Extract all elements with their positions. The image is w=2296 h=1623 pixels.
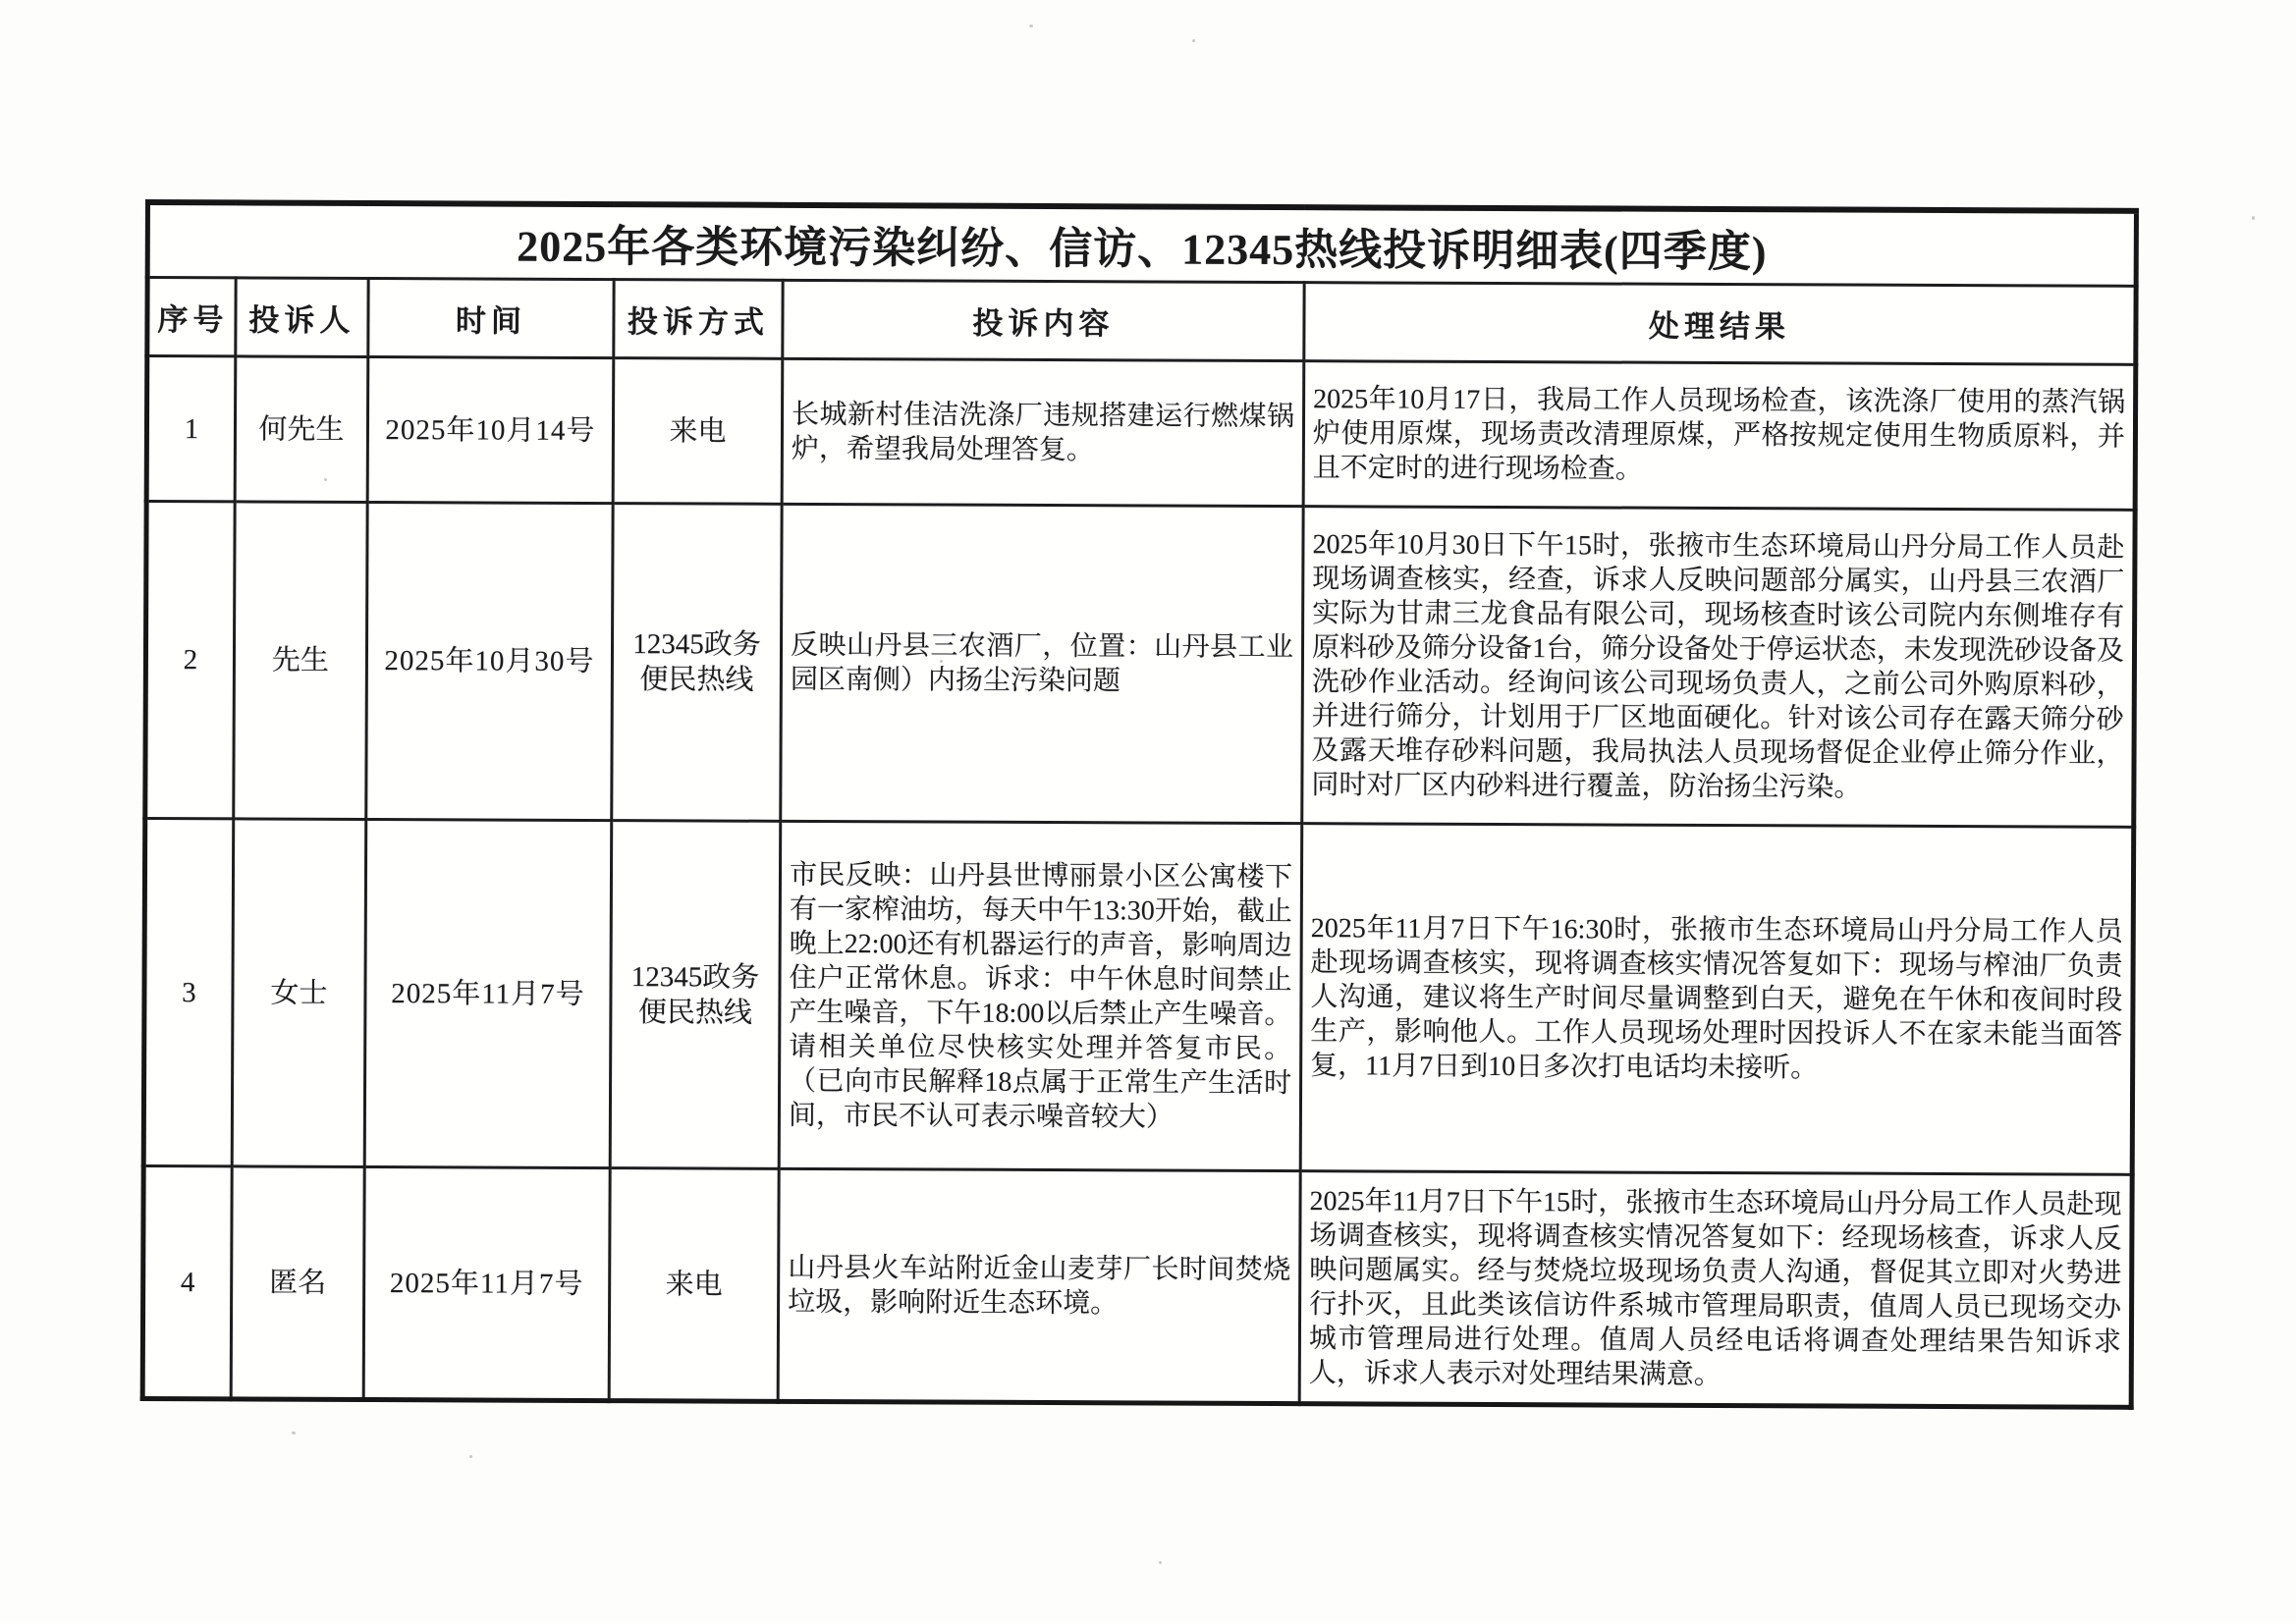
cell-row4-method: 来电 [609, 1168, 779, 1402]
cell-row3-time: 2025年11月7号 [364, 819, 612, 1167]
scan-speck [469, 1455, 472, 1458]
scan-speck [1029, 25, 1033, 27]
scan-speck [1192, 39, 1195, 42]
col-header-no: 序号 [147, 278, 236, 356]
cell-row2-complainant: 先生 [234, 502, 367, 820]
cell-row2-result: 2025年10月30日下午15时，张掖市生态环境局山丹分局工作人员赴现场调查核实… [1302, 507, 2135, 828]
scan-speck [2252, 216, 2255, 220]
cell-row2-time: 2025年10月30号 [366, 502, 613, 820]
scan-speck [940, 660, 943, 663]
cell-row4-complainant: 匿名 [231, 1166, 364, 1400]
document-title: 2025年各类环境污染纠纷、信访、12345热线投诉明细表(四季度) [147, 202, 2136, 286]
cell-row3-content: 市民反映：山丹县世博丽景小区公寓楼下有一家榨油坊，每天中午13:30开始，截止晚… [779, 821, 1302, 1170]
col-header-method: 投诉方式 [614, 280, 783, 359]
table-row-4: 4 匿名 2025年11月7号 来电 山丹县火车站附近金山麦芽厂长时间焚烧垃圾，… [142, 1166, 2132, 1408]
cell-row2-content: 反映山丹县三农酒厂，位置：山丹县工业园区南侧）内扬尘污染问题 [781, 504, 1303, 823]
scan-speck [1346, 1274, 1350, 1277]
cell-row1-result: 2025年10月17日，我局工作人员现场检查，该洗涤厂使用的蒸汽锅炉使用原煤，现… [1303, 361, 2136, 511]
scan-speck [292, 1432, 296, 1434]
cell-row1-method: 来电 [613, 358, 783, 505]
col-header-result: 处理结果 [1304, 283, 2136, 365]
table-row-3: 3 女士 2025年11月7号 12345政务便民热线 市民反映：山丹县世博丽景… [143, 819, 2134, 1175]
cell-row1-time: 2025年10月14号 [367, 356, 614, 503]
scan-speck [1159, 1561, 1162, 1564]
cell-row4-time: 2025年11月7号 [363, 1166, 610, 1400]
cell-row3-method: 12345政务便民热线 [610, 821, 781, 1169]
title-row: 2025年各类环境污染纠纷、信访、12345热线投诉明细表(四季度) [147, 202, 2136, 286]
scan-speck [324, 478, 327, 481]
cell-row3-complainant: 女士 [232, 819, 366, 1167]
cell-row4-content: 山丹县火车站附近金山麦芽厂长时间焚烧垃圾，影响附近生态环境。 [778, 1168, 1300, 1403]
col-header-content: 投诉内容 [783, 280, 1304, 360]
table-row-2: 2 先生 2025年10月30号 12345政务便民热线 反映山丹县三农酒厂，位… [145, 502, 2135, 828]
cell-row2-method: 12345政务便民热线 [612, 504, 782, 822]
cell-row1-content: 长城新村佳洁洗涤厂违规搭建运行燃煤锅炉，希望我局处理答复。 [782, 358, 1304, 506]
header-row: 序号 投诉人 时间 投诉方式 投诉内容 处理结果 [147, 278, 2136, 365]
cell-row4-no: 4 [142, 1166, 232, 1399]
col-header-complainant: 投诉人 [236, 278, 368, 357]
cell-row1-complainant: 何先生 [235, 356, 368, 503]
col-header-time: 时间 [368, 278, 614, 357]
table-row-1: 1 何先生 2025年10月14号 来电 长城新村佳洁洗涤厂违规搭建运行燃煤锅炉… [146, 356, 2136, 511]
cell-row3-no: 3 [143, 819, 234, 1166]
complaint-table: 2025年各类环境污染纠纷、信访、12345热线投诉明细表(四季度) 序号 投诉… [140, 199, 2139, 1410]
cell-row2-no: 2 [145, 502, 235, 819]
cell-row1-no: 1 [146, 356, 236, 502]
scanned-complaint-document: 2025年各类环境污染纠纷、信访、12345热线投诉明细表(四季度) 序号 投诉… [140, 199, 2134, 1410]
cell-row4-result: 2025年11月7日下午15时，张掖市生态环境局山丹分局工作人员赴现场调查核实，… [1299, 1171, 2132, 1408]
cell-row3-result: 2025年11月7日下午16:30时，张掖市生态环境局山丹分局工作人员赴现场调查… [1300, 824, 2134, 1175]
